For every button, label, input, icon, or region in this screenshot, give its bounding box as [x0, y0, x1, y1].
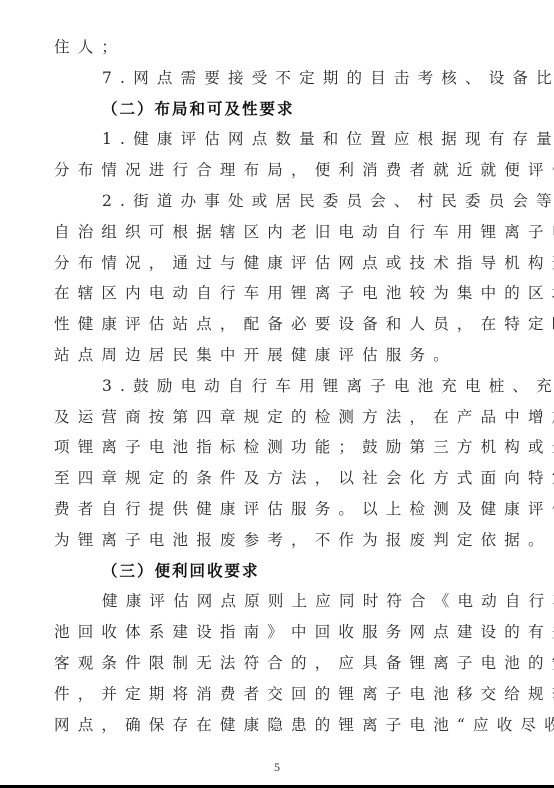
paragraph-4-line-3: 客观条件限制无法符合的，应具备锂离子电池的安全暂存条 — [54, 648, 494, 679]
paragraph-2-line-3: 分布情况，通过与健康评估网点或技术指导机构开展合作， — [54, 248, 494, 279]
paragraph-2-line-1: 2.街道办事处或居民委员会、村民委员会等基层群众性 — [54, 186, 494, 217]
paragraph-4-line-4: 件，并定期将消费者交回的锂离子电池移交给规范回收服务 — [54, 679, 494, 710]
page-body: 住人； 7.网点需要接受不定期的目击考核、设备比对等。 （二）布局和可及性要求 … — [54, 32, 494, 740]
page-number: 5 — [0, 760, 554, 775]
paragraph-3-line-2: 及运营商按第四章规定的检测方法，在产品中增加一项或多 — [54, 402, 494, 433]
paragraph-3-line-4: 至四章规定的条件及方法，以社会化方式面向特定单位或消 — [54, 463, 494, 494]
text-line-1: 住人； — [54, 32, 494, 63]
paragraph-3-line-1: 3.鼓励电动自行车用锂离子电池充电桩、充电柜制造商 — [54, 371, 494, 402]
paragraph-3-line-3: 项锂离子电池指标检测功能；鼓励第三方机构或企业按第二 — [54, 432, 494, 463]
paragraph-2-line-5: 性健康评估站点，配备必要设备和人员，在特定时间段内为 — [54, 309, 494, 340]
paragraph-2-line-4: 在辖区内电动自行车用锂离子电池较为集中的区域设立临时 — [54, 278, 494, 309]
paragraph-3-line-6: 为锂离子电池报废参考，不作为报废判定依据。 — [54, 525, 494, 556]
list-item-7: 7.网点需要接受不定期的目击考核、设备比对等。 — [54, 63, 494, 94]
paragraph-4-line-1: 健康评估网点原则上应同时符合《电动自行车锂离子电 — [54, 586, 494, 617]
paragraph-3-line-5: 费者自行提供健康评估服务。以上检测及健康评估结果可作 — [54, 494, 494, 525]
document-page: 住人； 7.网点需要接受不定期的目击考核、设备比对等。 （二）布局和可及性要求 … — [0, 0, 554, 785]
paragraph-4-line-2: 池回收体系建设指南》中回收服务网点建设的有关要求，受 — [54, 617, 494, 648]
paragraph-1-line-2: 分布情况进行合理布局，便利消费者就近就便评估。 — [54, 155, 494, 186]
paragraph-2-line-2: 自治组织可根据辖区内老旧电动自行车用锂离子电池数量及 — [54, 217, 494, 248]
paragraph-1-line-1: 1.健康评估网点数量和位置应根据现有存量锂离子电池 — [54, 124, 494, 155]
paragraph-2-line-6: 站点周边居民集中开展健康评估服务。 — [54, 340, 494, 371]
section-heading-2: （二）布局和可及性要求 — [54, 94, 494, 125]
section-heading-3: （三）便利回收要求 — [54, 556, 494, 587]
paragraph-4-line-5: 网点，确保存在健康隐患的锂离子电池“应收尽收”。 — [54, 710, 494, 741]
